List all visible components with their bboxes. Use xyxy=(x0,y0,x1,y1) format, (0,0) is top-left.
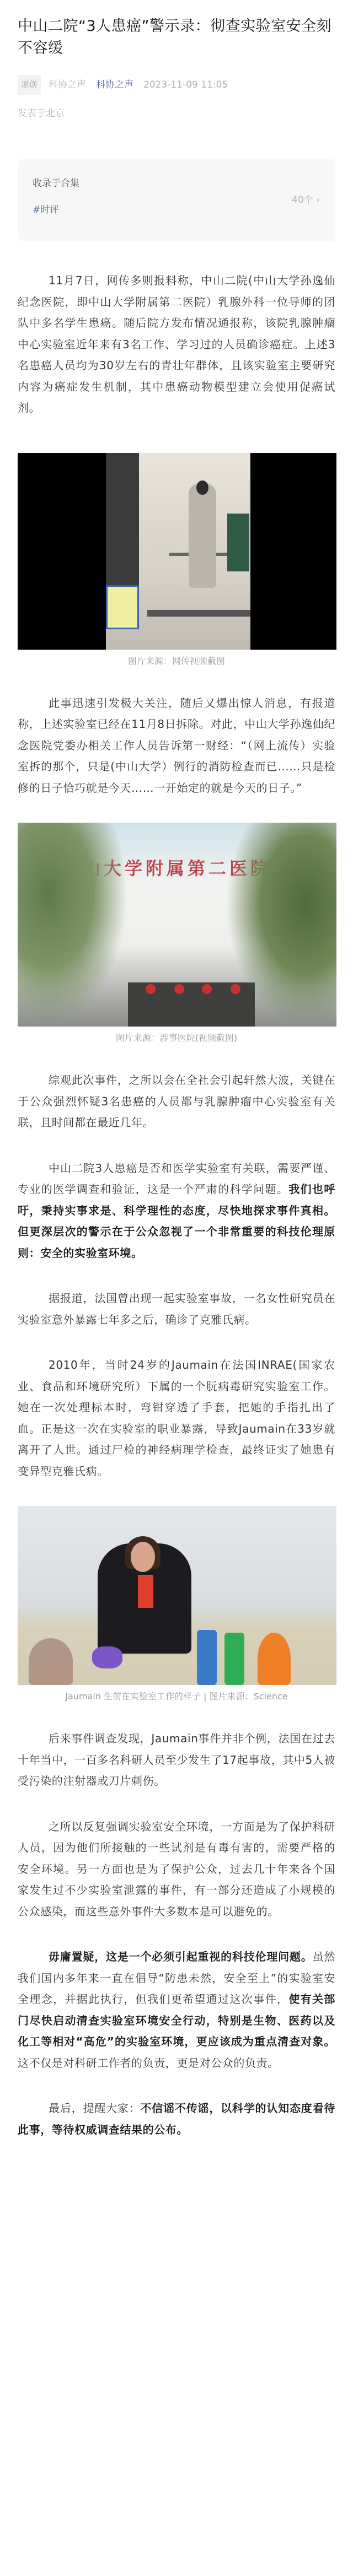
paragraph-3: 综观此次事件，之所以会在全社会引起轩然大波，关键在于公众强烈怀疑3名患癌的人员都… xyxy=(18,1070,335,1133)
paragraph-6: 2010年，当时24岁的Jaumain在法国INRAE(国家农业、食品和环境研究… xyxy=(18,1354,335,1482)
paragraph-9-text-2: 这不仅是对科研工作者的负责，更是对公众的负责。 xyxy=(18,2056,279,2070)
paragraph-1: 11月7日，网传多则报料称，中山二院(中山大学孙逸仙纪念医院，即中山大学附属第二… xyxy=(18,270,335,419)
image-caption-3: Jaumain 生前在实验室工作的样子 | 图片来源：Science xyxy=(18,1689,335,1704)
paragraph-9-emphasis-1: 毋庸置疑，这是一个必须引起重视的科技伦理问题。 xyxy=(49,1950,313,1963)
jaumain-lab-photo[interactable] xyxy=(18,1506,336,1685)
video-frame xyxy=(106,453,250,650)
paragraph-7: 后来事件调查发现，Jaumain事件并非个例，法国在过去十年当中，一百多名科研人… xyxy=(18,1728,335,1792)
paragraph-9: 毋庸置疑，这是一个必须引起重视的科技伦理问题。虽然我们国内多年来一直在倡导“防患… xyxy=(18,1946,335,2073)
original-badge: 原创 xyxy=(18,75,41,95)
image-caption-1: 图片来源：网传视频截图 xyxy=(18,654,335,668)
paragraph-4: 中山二院3人患癌是否和医学实验室有关联，需要严谨、专业的医学调查和验证，这是一个… xyxy=(18,1158,335,1264)
paragraph-2: 此事迅速引发极大关注，随后又爆出惊人消息，有报道称，上述实验室已经在11月8日拆… xyxy=(18,693,335,799)
publish-date: 2023-11-09 11:05 xyxy=(143,77,228,93)
paragraph-10: 最后，提醒大家：不信谣不传谣，以科学的认知态度看待此事，等待权威调查结果的公布。 xyxy=(18,2098,335,2140)
paragraph-4-text: 中山二院3人患癌是否和医学实验室有关联，需要严谨、专业的医学调查和验证，这是一个… xyxy=(18,1162,335,1196)
paragraph-8: 之所以反复强调实验室安全环境，一方面是为了保护科研人员，因为他们所接触的一些试剂… xyxy=(18,1816,335,1922)
hospital-photo[interactable]: 中山大学附属第二医院 xyxy=(18,823,336,1027)
palm-tree xyxy=(18,823,128,1027)
article-page: 中山二院“3人患癌”警示录：彻查实验室安全刻不容缓 原创 科协之声 科协之声 2… xyxy=(0,0,353,2168)
collection-tag-link[interactable]: #时评 xyxy=(33,202,59,215)
lantern-icon xyxy=(202,984,212,994)
palm-tree xyxy=(226,823,336,1027)
account-link[interactable]: 科协之声 xyxy=(96,77,133,93)
article-meta: 原创 科协之声 科协之声 2023-11-09 11:05 xyxy=(18,75,335,95)
collection-label: 收录于合集 xyxy=(33,175,79,189)
lantern-icon xyxy=(174,984,184,994)
article-title: 中山二院“3人患癌”警示录：彻查实验室安全刻不容缓 xyxy=(18,0,335,60)
lantern-icon xyxy=(146,984,156,994)
collection-card[interactable]: 收录于合集 #时评 40个 › xyxy=(18,159,335,241)
paragraph-5: 据报道，法国曾出现一起实验室事故，一名女性研究员在实验室意外暴露七年多之后，确诊… xyxy=(18,1288,335,1330)
paragraph-10-text: 最后，提醒大家： xyxy=(49,2102,140,2115)
collection-count[interactable]: 40个 › xyxy=(292,192,320,206)
image-caption-2: 图片来源：涉事医院(视频截图) xyxy=(18,1031,335,1045)
corridor-video-screenshot[interactable] xyxy=(18,453,336,650)
author-name: 科协之声 xyxy=(49,77,86,93)
patient-figure xyxy=(189,483,216,588)
publish-location: 发表于北京 xyxy=(18,106,335,121)
